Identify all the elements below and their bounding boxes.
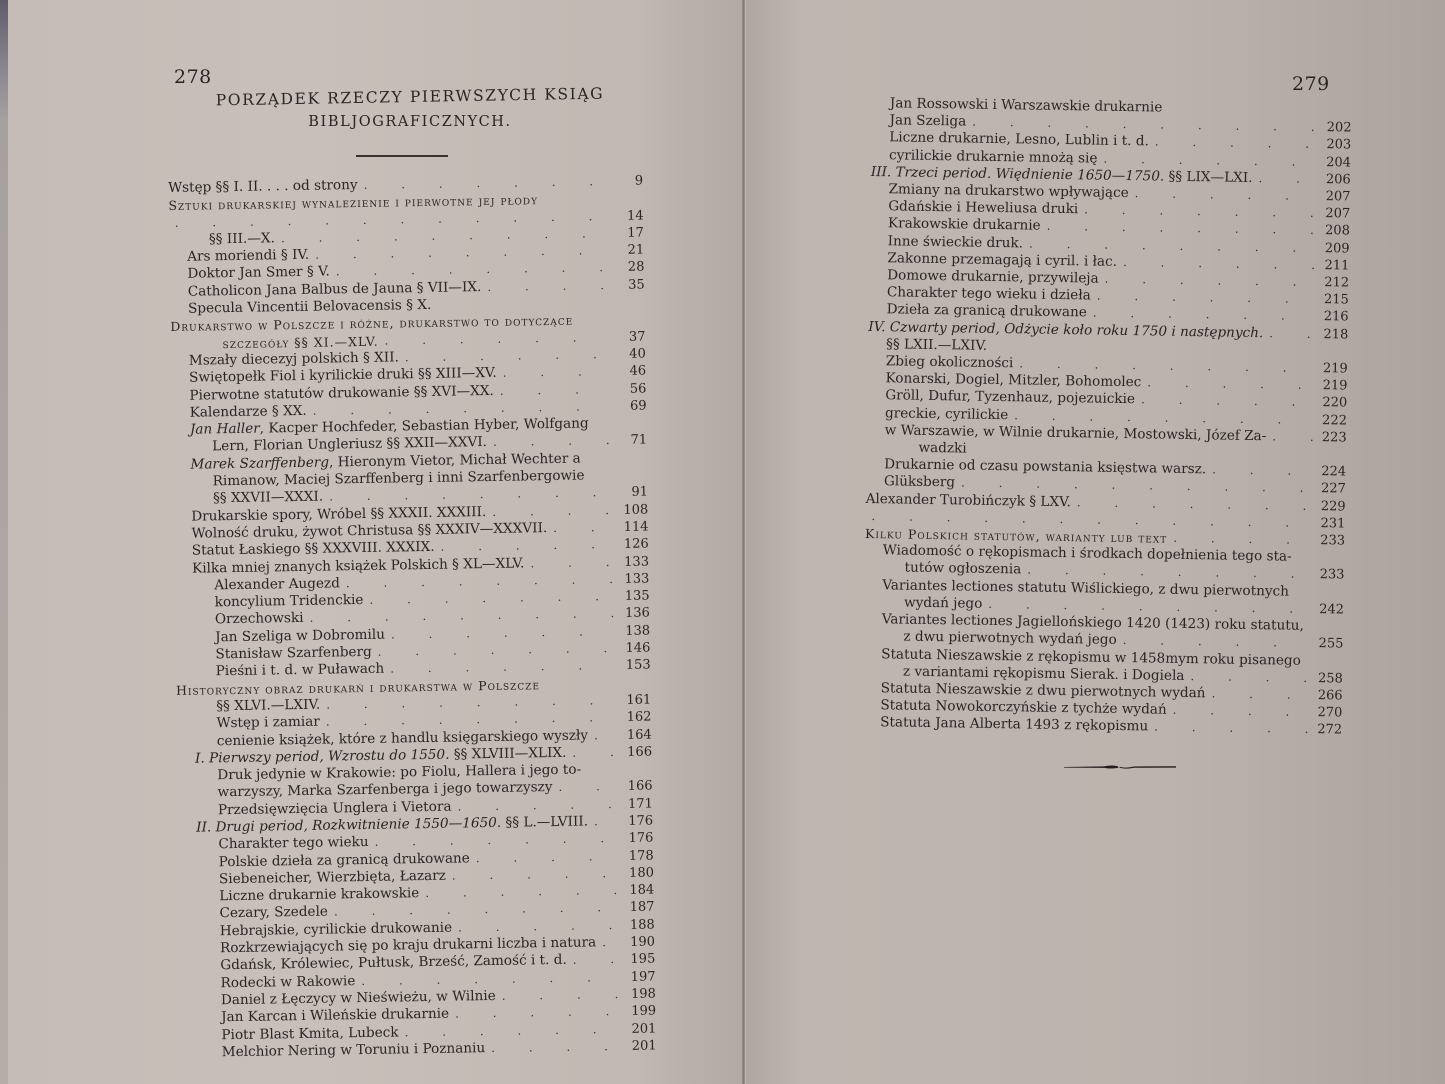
toc-page-number: 201: [628, 1020, 656, 1038]
toc-page-number: 46: [618, 363, 646, 381]
leader-dots: . . . . . . . . . . . . . . . . . . . . …: [500, 381, 613, 400]
toc-page-number: 207: [1322, 205, 1350, 223]
leader-dots: . . . . . . . . . . . . . . . . . . . . …: [1269, 325, 1314, 343]
toc-page-number: 71: [619, 432, 647, 450]
toc-entry-title: §§ XLVI.—LXIV.: [216, 697, 320, 716]
toc-page-number: 114: [620, 518, 648, 536]
leader-dots: . . . . . . . . . . . . . . . . . . . . …: [492, 502, 614, 521]
toc-page-number: 178: [626, 847, 654, 865]
toc-page-number: 197: [627, 968, 655, 986]
section-range: §§ L.—LVIII.: [501, 813, 588, 830]
toc-left-list: Wstęp §§ I. II. . . . od strony. . . . .…: [168, 173, 657, 1062]
left-page-number: 278: [174, 66, 212, 88]
printer-name: Marek Szarffenberg: [190, 454, 329, 472]
toc-title-line-2: bibljograficznych.: [160, 114, 660, 130]
toc-page-number: 229: [1317, 498, 1345, 516]
leader-dots: . . . . . . . . . . . . . . . . . . . . …: [1190, 668, 1309, 687]
leader-dots: . . . . . . . . . . . . . . . . . . . . …: [594, 813, 619, 831]
toc-page-number: 224: [1318, 463, 1346, 481]
toc-page-number: 215: [1321, 291, 1349, 309]
toc-page-number: 28: [616, 259, 644, 277]
toc-page-number: 164: [624, 726, 652, 744]
toc-page-number: 211: [1321, 257, 1349, 275]
toc-page-number: 270: [1314, 704, 1342, 722]
toc-entry-title: wydań jego: [904, 594, 983, 612]
toc-page-number: 135: [621, 588, 649, 606]
toc-entry-title: §§ XXVII—XXXI.: [213, 489, 323, 508]
toc-page-number: 176: [625, 812, 653, 830]
leader-dots: . . . . . . . . . . . . . . . . . . . . …: [491, 1038, 623, 1057]
leader-dots: . . . . . . . . . . . . . . . . . . . . …: [594, 727, 618, 745]
toc-page-number: 91: [620, 484, 648, 502]
toc-page-number: 146: [622, 639, 650, 657]
toc-page-number: 258: [1315, 670, 1343, 688]
toc-page-number: 209: [1322, 240, 1350, 258]
toc-entry-title: tutów ogłoszenia: [904, 560, 1021, 579]
toc-entry-title: Rodecki w Rakowie: [220, 973, 355, 992]
toc-page-number: 266: [1314, 687, 1342, 705]
toc-page-number: 222: [1319, 412, 1347, 430]
toc-page-number: 195: [627, 951, 655, 969]
toc-page-number: 242: [1316, 601, 1344, 619]
toc-page-number: 231: [1317, 515, 1345, 533]
toc-page-number: 136: [622, 605, 650, 623]
leader-dots: . . . . . . . . . . . . . . . . . . . . …: [1154, 719, 1308, 739]
printer-name: Jan Haller: [190, 421, 260, 438]
toc-page-number: 233: [1316, 567, 1344, 585]
leader-dots: . . . . . . . . . . . . . . . . . . . . …: [487, 277, 611, 296]
toc-page-number: 201: [629, 1037, 657, 1055]
toc-entry-title: Jan Szeliga: [889, 112, 966, 130]
leader-dots: . . . . . . . . . . . . . . . . . . . . …: [1173, 530, 1311, 549]
toc-page-number: 184: [626, 882, 654, 900]
leader-dots: . . . . . . . . . . . . . . . . . . . . …: [573, 951, 622, 969]
toc-page-number: 176: [625, 830, 653, 848]
toc-entry-title: Ars moriendi § IV.: [187, 247, 309, 266]
toc-page-number: 206: [1323, 171, 1351, 189]
toc-page-number: 126: [621, 536, 649, 554]
toc-page-number: 17: [616, 224, 644, 242]
toc-entry-title: Doktor Jan Smer § V.: [187, 264, 330, 284]
leader-dots: . . . . . . . . . . . . . . . . . . . . …: [1173, 702, 1309, 721]
toc-page-number: 138: [622, 622, 650, 640]
toc-entry-title: Wstęp i zamiar: [216, 714, 320, 733]
leader-dots: . . . . . . . . . . . . . . . . . . . . …: [558, 778, 618, 796]
toc-page-number: 219: [1320, 360, 1348, 378]
title-rule-divider: [356, 155, 448, 157]
toc-page-number: 56: [618, 380, 646, 398]
toc-page-number: 207: [1322, 188, 1350, 206]
toc-page-number: 212: [1321, 274, 1349, 292]
toc-entry-title: greckie, cyrilickie: [885, 405, 1008, 424]
toc-entry-title: Alexander Augezd: [214, 575, 340, 594]
section-range: §§ LIX—LXI.: [1164, 168, 1253, 185]
toc-page-number: 227: [1318, 481, 1346, 499]
toc-right-list: Jan Rossowski i Warszawskie drukarnieJan…: [862, 95, 1352, 739]
toc-page-number: 171: [625, 795, 653, 813]
book-gutter: [742, 0, 745, 1084]
toc-page-number: 218: [1320, 326, 1348, 344]
toc-page-number: 69: [618, 397, 646, 415]
toc-page-number: 190: [627, 934, 655, 952]
toc-page-number: 255: [1315, 635, 1343, 653]
toc-page-number: 233: [1317, 532, 1345, 550]
toc-page-number: 199: [628, 1003, 656, 1021]
toc-page-number: 133: [621, 570, 649, 588]
toc-page-number: 133: [621, 553, 649, 571]
toc-page-number: 35: [617, 276, 645, 294]
book-cover-edge: [0, 0, 8, 1084]
section-range: §§ XLVIII—XLIX.: [449, 745, 566, 763]
toc-entry-title: Zbieg okoliczności: [886, 353, 1014, 372]
toc-entry-title: §§ III.—X.: [209, 230, 275, 248]
toc-page-number: 202: [1323, 119, 1351, 137]
toc-entry-title: Cezary, Szedele: [219, 904, 328, 923]
leader-dots: . . . . . . . . . . . . . . . . . . . . …: [602, 934, 621, 952]
toc-page-number: 188: [627, 916, 655, 934]
toc-page-number: 180: [626, 864, 654, 882]
toc-page-number: 216: [1320, 309, 1348, 327]
toc-entry-title: Inne świeckie druk.: [888, 233, 1024, 252]
toc-entry-title: Orzechowski: [215, 610, 304, 629]
leader-dots: . . . . . . . . . . . . . . . . . . . . …: [502, 986, 622, 1005]
toc-entry-title: Kalendarze § XX.: [190, 403, 307, 422]
toc-page-number: 223: [1319, 429, 1347, 447]
toc-page-number: 162: [623, 709, 651, 727]
toc-page-number: 203: [1323, 137, 1351, 155]
toc-entry-title: wadzki: [918, 440, 966, 458]
leader-dots: . . . . . . . . . . . . . . . . . . . . …: [530, 554, 615, 573]
end-ornament-divider: [1064, 764, 1176, 770]
toc-page-number: 187: [626, 899, 654, 917]
toc-entry-title: §§ LXII.—LXIV.: [886, 336, 987, 355]
toc-page-number: 21: [616, 242, 644, 260]
leader-dots: . . . . . . . . . . . . . . . . . . . . …: [1211, 685, 1308, 704]
toc-page-number: 153: [623, 657, 651, 675]
toc-page-number: 166: [624, 743, 652, 761]
right-page-number: 279: [1292, 73, 1330, 95]
toc-page-number: 166: [624, 778, 652, 796]
leader-dots: . . . . . . . . . . . . . . . . . . . . …: [1212, 462, 1312, 481]
toc-page-number: 204: [1323, 154, 1351, 172]
toc-page-number: 40: [618, 345, 646, 363]
leader-dots: . . . . . . . . . . . . . . . . . . . . …: [493, 432, 613, 451]
toc-page-number: 272: [1314, 721, 1342, 739]
toc-page-number: 219: [1319, 377, 1347, 395]
leader-dots: . . . . . . . . . . . . . . . . . . . . …: [1272, 428, 1313, 446]
toc-page-number: 161: [623, 691, 651, 709]
leader-dots: . . . . . . . . . . . . . . . . . . . . …: [553, 519, 615, 537]
toc-page-number: 108: [620, 501, 648, 519]
toc-page-number: 208: [1322, 223, 1350, 241]
leader-dots: . . . . . . . . . . . . . . . . . . . . …: [1258, 170, 1316, 188]
toc-page-number: 37: [617, 328, 645, 346]
leader-dots: . . . . . . . . . . . . . . . . . . . . …: [503, 363, 613, 382]
toc-page-number: 9: [615, 173, 643, 191]
toc-page-number: 220: [1319, 395, 1347, 413]
toc-entry-title: Glüksberg: [884, 474, 955, 492]
toc-page-number: 14: [615, 207, 643, 225]
leader-dots: . . . . . . . . . . . . . . . . . . . . …: [572, 744, 618, 762]
toc-page-number: 198: [628, 985, 656, 1003]
